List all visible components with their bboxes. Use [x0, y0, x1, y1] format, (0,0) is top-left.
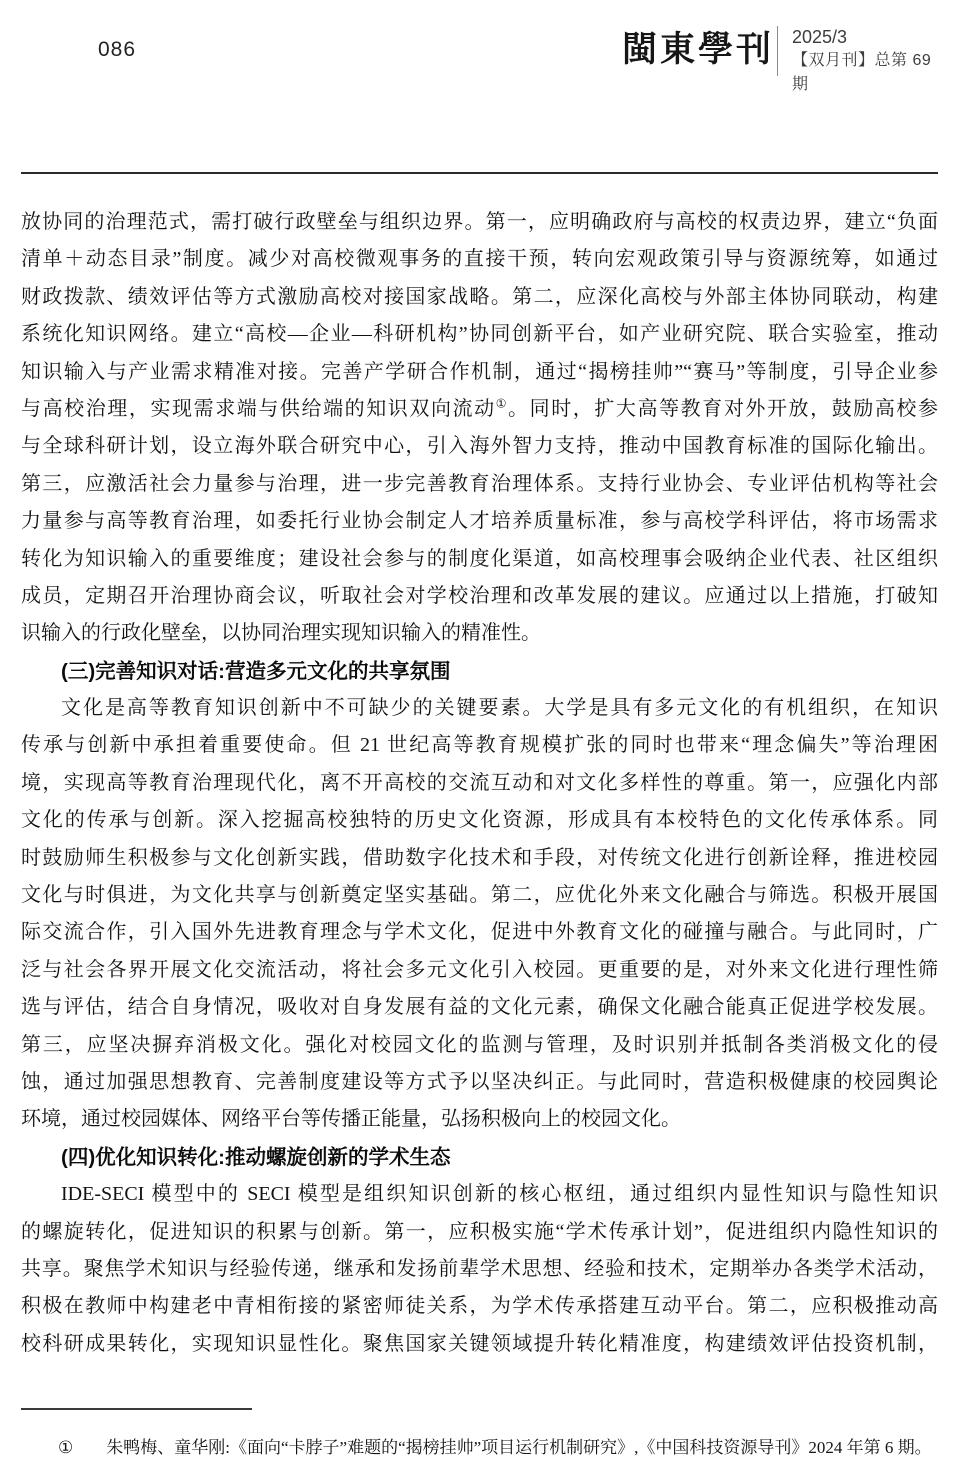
- text-line: 选与评估，结合自身情况，吸收对自身发展有益的文化元素，确保文化融合能真正促进学校…: [21, 989, 938, 1026]
- issue-info: 2025/3 【双月刊】总第 69 期: [792, 25, 952, 97]
- text-line: 环境，通过校园媒体、网络平台等传播正能量，弘扬积极向上的校园文化。: [21, 1101, 938, 1138]
- text-line: 蚀，通过加强思想教育、完善制度建设等方式予以坚决纠正。与此同时，营造积极健康的校…: [21, 1064, 938, 1101]
- body-text: 放协同的治理范式，需打破行政壁垒与组织边界。第一，应明确政府与高校的权责边界，建…: [21, 204, 938, 1363]
- text-line: 与全球科研计划，设立海外联合研究中心，引入海外智力支持，推动中国教育标准的国际化…: [21, 428, 938, 465]
- footnote: ① 朱鸭梅、童华刚:《面向“卡脖子”难题的“揭榜挂帅”项目运行机制研究》,《中国…: [58, 1434, 940, 1462]
- issue-year-number: 2025/3: [792, 25, 952, 49]
- header-rule: [21, 172, 938, 174]
- header-divider: [777, 26, 778, 76]
- text-line: IDE-SECI 模型中的 SECI 模型是组织知识创新的核心枢纽，通过组织内显…: [21, 1176, 938, 1213]
- text-line: 成员，定期召开治理协商会议，听取社会对学校治理和改革发展的建议。应通过以上措施，…: [21, 578, 938, 615]
- journal-page: 086 閩東學刊 2025/3 【双月刊】总第 69 期 放协同的治理范式，需打…: [0, 0, 958, 1476]
- text-line: 清单＋动态目录”制度。减少对高校微观事务的直接干预，转向宏观政策引导与资源统筹，…: [21, 241, 938, 278]
- footnote-text: 朱鸭梅、童华刚:《面向“卡脖子”难题的“揭榜挂帅”项目运行机制研究》,《中国科技…: [106, 1434, 940, 1462]
- text-line: 第三，应激活社会力量参与治理，进一步完善教育治理体系。支持行业协会、专业评估机构…: [21, 466, 938, 503]
- text-line: 校科研成果转化，实现知识显性化。聚焦国家关键领域提升转化精准度，构建绩效评估投资…: [21, 1326, 938, 1363]
- text-line: 转化为知识输入的重要维度；建设社会参与的制度化渠道，如高校理事会吸纳企业代表、社…: [21, 541, 938, 578]
- text-line: 际交流合作，引入国外先进教育理念与学术文化，促进中外教育文化的碰撞与融合。与此同…: [21, 914, 938, 951]
- text-line: 泛与社会各界开展文化交流活动，将社会多元文化引入校园。更重要的是，对外来文化进行…: [21, 952, 938, 989]
- footnote-rule: [21, 1408, 252, 1410]
- text-line: 第三，应坚决摒弃消极文化。强化对校园文化的监测与管理，及时识别并抵制各类消极文化…: [21, 1027, 938, 1064]
- section-heading: (三)完善知识对话:营造多元文化的共享氛围: [21, 653, 938, 690]
- text-line: 文化的传承与创新。深入挖掘高校独特的历史文化资源，形成具有本校特色的文化传承体系…: [21, 802, 938, 839]
- text-line: 识输入的行政化壁垒，以协同治理实现知识输入的精准性。: [21, 615, 938, 652]
- text-line: 力量参与高等教育治理，如委托行业协会制定人才培养质量标准，参与高校学科评估，将市…: [21, 503, 938, 540]
- text-line: 境，实现高等教育治理现代化，离不开高校的交流互动和对文化多样性的尊重。第一，应强…: [21, 765, 938, 802]
- issue-frequency-volume: 【双月刊】总第 69 期: [792, 49, 952, 97]
- text-line: 文化与时俱进，为文化共享与创新奠定坚实基础。第二，应优化外来文化融合与筛选。积极…: [21, 877, 938, 914]
- text-line: 与高校治理，实现需求端与供给端的知识双向流动①。同时，扩大高等教育对外开放，鼓励…: [21, 391, 938, 428]
- journal-title: 閩東學刊: [622, 22, 770, 72]
- text-line: 共享。聚焦学术知识与经验传递，继承和发扬前辈学术思想、经验和技术，定期举办各类学…: [21, 1251, 938, 1288]
- text-line: 系统化知识网络。建立“高校—企业—科研机构”协同创新平台，如产业研究院、联合实验…: [21, 316, 938, 353]
- section-heading: (四)优化知识转化:推动螺旋创新的学术生态: [21, 1139, 938, 1176]
- text-line: 知识输入与产业需求精准对接。完善产学研合作机制，通过“揭榜挂帅”“赛马”等制度，…: [21, 354, 938, 391]
- footnote-ref-marker: ①: [496, 396, 508, 410]
- text-line: 文化是高等教育知识创新中不可缺少的关键要素。大学是具有多元文化的有机组织，在知识: [21, 690, 938, 727]
- text-line: 积极在教师中构建老中青相衔接的紧密师徒关系，为学术传承搭建互动平台。第二，应积极…: [21, 1288, 938, 1325]
- text-line: 放协同的治理范式，需打破行政壁垒与组织边界。第一，应明确政府与高校的权责边界，建…: [21, 204, 938, 241]
- text-line: 时鼓励师生积极参与文化创新实践，借助数字化技术和手段，对传统文化进行创新诠释，推…: [21, 840, 938, 877]
- text-line: 的螺旋转化，促进知识的积累与创新。第一，应积极实施“学术传承计划”，促进组织内隐…: [21, 1214, 938, 1251]
- text-line: 传承与创新中承担着重要使命。但 21 世纪高等教育规模扩张的同时也带来“理念偏失…: [21, 727, 938, 764]
- footnote-marker: ①: [58, 1434, 73, 1462]
- page-number: 086: [98, 38, 136, 62]
- text-line: 财政拨款、绩效评估等方式激励高校对接国家战略。第二，应深化高校与外部主体协同联动…: [21, 279, 938, 316]
